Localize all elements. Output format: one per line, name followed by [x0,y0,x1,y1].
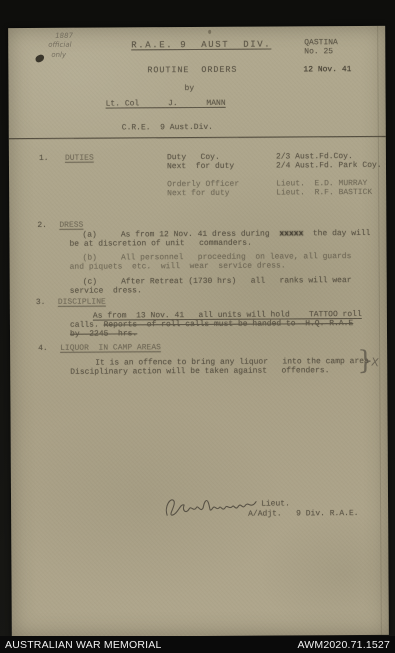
section4-title: LIQUOR IN CAMP AREAS [60,343,161,353]
dress-para-c-line2: service dress. [70,286,142,295]
section4-number: 4. [38,344,48,353]
signing-officer-title: C.R.E. 9 Aust.Div. [122,123,213,133]
institution-name: AUSTRALIAN WAR MEMORIAL [5,639,161,651]
duties-row-label: Next for duty [167,162,234,171]
duties-row-value: Lieut. E.D. MURRAY [276,179,367,189]
order-date: 12 Nov. 41 [303,65,351,74]
pencil-note-line1: 1887 [55,32,73,41]
discipline-line2-plain: calls. [70,321,104,330]
unit-title: R.A.E. 9 AUST DIV. [131,41,271,51]
pencil-note-line3: only [51,51,66,60]
signature-rank: Lieut. [261,499,290,508]
paper-fold-line [377,26,382,635]
liquor-line2: Disciplinary action will be taken agains… [70,366,329,377]
section3-number: 3. [36,298,46,307]
signature-handwriting [157,491,269,522]
liquor-line1: It is an offence to bring any liquor int… [95,357,369,368]
document-page: 1887 official only R.A.E. 9 AUST DIV. QA… [8,26,389,637]
dress-para-b-line2: and piquets etc. will wear service dress… [70,261,286,271]
dress-para-a-line2: be at discretion of unit commanders. [69,239,251,249]
dress-para-c-line1: (c) After Retreat (1730 hrs) all ranks w… [83,276,352,287]
section1-title: DUTIES [65,154,94,163]
signing-officer-name: Lt. Col J. MANN [106,99,226,109]
location: QASTINA [304,38,338,47]
dress-para-a-line1: (a) As from 12 Nov. 41 dress during xxxx… [82,229,370,240]
section3-title: DISCIPLINE [58,298,106,307]
section2-number: 2. [37,221,47,230]
section1-number: 1. [39,154,49,163]
paper-speck [208,30,211,34]
section2-title: DRESS [59,221,83,230]
signature-role: A/Adjt. 9 Div. R.A.E. [248,509,358,519]
pencil-note-line2: official [48,41,71,50]
discipline-line1: As from 13 Nov. 41 all units will hold T… [93,310,362,321]
dress-para-b-line1: (b) All personnel proceeding on leave, a… [83,252,352,263]
pencil-cross-mark: X [370,355,379,369]
discipline-line2-struck: Reports of roll calls must be handed to … [104,319,354,330]
document-type: ROUTINE ORDERS [147,66,237,76]
scanned-document-view: 1887 official only R.A.E. 9 AUST DIV. QA… [0,0,395,653]
ink-blot-mark [34,54,45,63]
duties-row-value: 2/4 Aust.Fd. Park Coy. [276,161,382,171]
dress-a-text2: the day will [303,229,370,238]
header-divider-rule [9,136,386,139]
duties-row-label: Duty Coy. [167,153,220,162]
accession-number: AWM2020.71.1527 [297,639,390,651]
pencil-brace-mark: } [357,348,374,374]
by-label: by [184,84,194,93]
archive-footer-bar: AUSTRALIAN WAR MEMORIAL AWM2020.71.1527 [0,636,395,653]
order-number: No. 25 [304,47,333,56]
duties-row-value: Lieut. R.F. BASTICK [276,188,372,198]
duties-row-value: 2/3 Aust.Fd.Coy. [276,152,353,161]
duties-row-label: Next for duty [167,189,229,198]
dress-a-deleted-word: xxxxx [279,229,303,238]
discipline-line3-struck: by 2245 hrs. [70,329,137,338]
dress-a-text1: (a) As from 12 Nov. 41 dress during [82,230,279,240]
duties-row-label: Orderly Officer [167,180,239,189]
discipline-line2: calls. Reports of roll calls must be han… [70,319,353,330]
